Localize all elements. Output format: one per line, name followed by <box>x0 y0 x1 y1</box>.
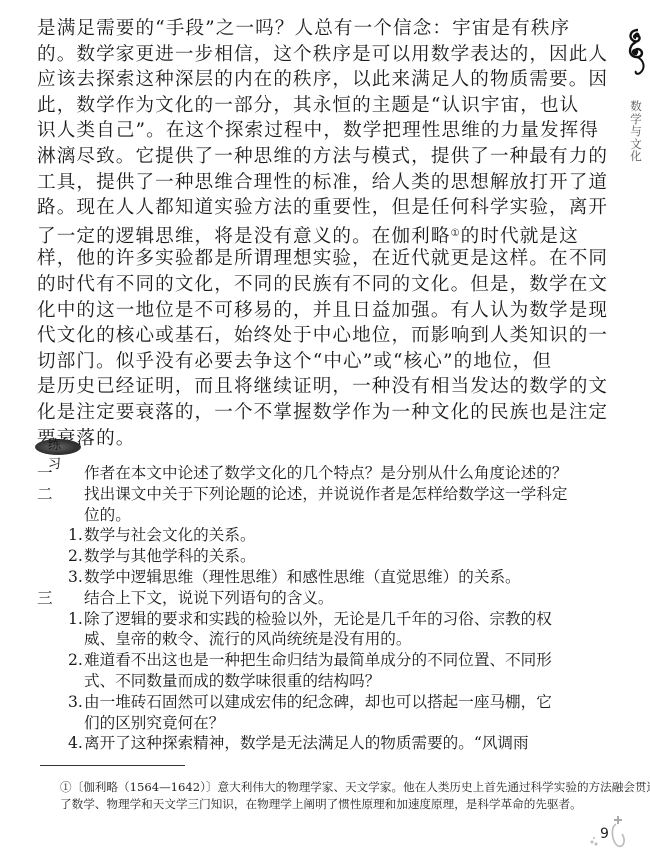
paragraph-line-part: 的时代就是这 <box>461 226 579 247</box>
exercise-text: 找出课文中关于下列论题的论述，并说说作者是怎样给数学这一学科定 <box>84 484 567 505</box>
paragraph-line: 是满足需要的“手段”之一吗？人总有一个信念：宇宙是有秩序 <box>37 16 457 42</box>
subitem-text: 难道看不出这也是一种把生命归结为最简单成分的不同位置、不同形 <box>84 650 552 671</box>
subitem-text: 们的区别究竟何在？ <box>84 713 224 734</box>
paragraph-line: 的时代有不同的文化，不同的民族有不同的文化。但是，数学在文 <box>37 272 457 298</box>
paragraph-line-part: 了一定的逻辑思维，将是没有意义的。在伽利略 <box>37 226 451 247</box>
footnote-divider <box>40 765 185 766</box>
exercise-item: 一 作者在本文中论述了数学文化的几个特点？是分别从什么角度论述的？ <box>37 463 467 484</box>
exercise-subitem: 1. 除了逻辑的要求和实践的检验以外，无论是几千年的习俗、宗教的权 <box>37 609 467 630</box>
paragraph-line: 代文化的核心或基石，始终处于中心地位，而影响到人类知识的一 <box>37 323 457 349</box>
subitem-text: 式、不同数量而成的数学味很重的结构吗？ <box>84 671 380 692</box>
subitem-number: 1. <box>68 525 83 546</box>
section-title-vertical: 数 学 与 文 化 <box>629 100 643 163</box>
paragraph-line: 应该去探索这种深层的内在的秩序，以此来满足人的物质需要。因 <box>37 67 457 93</box>
subitem-text: 除了逻辑的要求和实践的检验以外，无论是几千年的习俗、宗教的权 <box>84 609 552 630</box>
subitem-text: 数学中逻辑思维（理性思维）和感性思维（直觉思维）的关系。 <box>84 567 521 588</box>
exercise-text: 作者在本文中论述了数学文化的几个特点？是分别从什么角度论述的？ <box>84 463 567 484</box>
footnote-line: 了数学、物理学和天文学三门知识，在物理学上阐明了惯性原理和加速度原理，是科学革命… <box>60 796 620 813</box>
subitem-text: 由一堆砖石固然可以建成宏伟的纪念碑，却也可以搭起一座马棚，它 <box>84 692 552 713</box>
exercise-list: 一 作者在本文中论述了数学文化的几个特点？是分别从什么角度论述的？ 二 找出课文… <box>37 463 467 754</box>
paragraph-line: 了一定的逻辑思维，将是没有意义的。在伽利略①的时代就是这 <box>37 221 457 247</box>
paragraph-line: 化中的这一地位是不可移易的，并且日益加强。有人认为数学是现 <box>37 298 457 324</box>
subitem-text: 数学与其他学科的关系。 <box>84 546 256 567</box>
floral-decoration-icon <box>588 812 638 852</box>
paragraph-line: 淋漓尽致。它提供了一种思维的方法与模式，提供了一种最有力的 <box>37 144 457 170</box>
footnote: ①〔伽利略（1564—1642）〕意大利伟大的物理学家、天文学家。他在人类历史上… <box>60 779 620 813</box>
subitem-number: 3. <box>68 692 83 713</box>
subitem-number: 2. <box>68 650 83 671</box>
exercise-subitem: 4. 离开了这种探索精神，数学是无法满足人的物质需要的。“风调雨 <box>37 733 467 754</box>
exercise-number: 二 <box>37 484 53 505</box>
exercise-subitem: 1. 数学与社会文化的关系。 <box>37 525 467 546</box>
exercise-item: 二 找出课文中关于下列论题的论述，并说说作者是怎样给数学这一学科定 <box>37 484 467 505</box>
section-title-char: 与 <box>629 125 643 138</box>
subitem-text: 威、皇帝的敕令、流行的风尚统统是没有用的。 <box>84 629 411 650</box>
scroll-ornament-icon <box>624 26 650 76</box>
exercise-text-continuation: 位的。 <box>37 505 467 526</box>
exercise-badge: 练习 <box>35 434 81 456</box>
page-number: 9 <box>600 826 609 842</box>
paragraph-line: 样，他的许多实验都是所谓理想实验，在近代就更是这样。在不同 <box>37 246 457 272</box>
subitem-continuation: 们的区别究竟何在？ <box>37 713 467 734</box>
paragraph-line: 的。数学家更进一步相信，这个秩序是可以用数学表达的，因此人 <box>37 42 457 68</box>
paragraph-line: 路。现在人人都知道实验方法的重要性，但是任何科学实验，离开 <box>37 195 457 221</box>
footnote-line: ①〔伽利略（1564—1642）〕意大利伟大的物理学家、天文学家。他在人类历史上… <box>60 779 620 796</box>
paragraph-line: 是历史已经证明，而且将继续证明，一种没有相当发达的数学的文 <box>37 374 457 400</box>
section-title-char: 化 <box>629 150 643 163</box>
main-paragraph: 是满足需要的“手段”之一吗？人总有一个信念：宇宙是有秩序 的。数学家更进一步相信… <box>37 16 457 451</box>
paragraph-line: 切部门。似乎没有必要去争这个“中心”或“核心”的地位，但 <box>37 349 457 375</box>
exercise-number: 三 <box>37 588 53 609</box>
exercise-item: 三 结合上下文，说说下列语句的含义。 <box>37 588 467 609</box>
subitem-number: 3. <box>68 567 83 588</box>
exercise-subitem: 3. 由一堆砖石固然可以建成宏伟的纪念碑，却也可以搭起一座马棚，它 <box>37 692 467 713</box>
footnote-ref-link[interactable]: ① <box>451 228 461 239</box>
subitem-text: 数学与社会文化的关系。 <box>84 525 256 546</box>
subitem-continuation: 威、皇帝的敕令、流行的风尚统统是没有用的。 <box>37 629 467 650</box>
section-title-char: 数 <box>629 100 643 113</box>
subitem-text: 离开了这种探索精神，数学是无法满足人的物质需要的。“风调雨 <box>84 733 529 754</box>
paragraph-line: 识人类自己”。在这个探索过程中，数学把理性思维的力量发挥得 <box>37 118 457 144</box>
paragraph-line: 要衰落的。 <box>37 426 457 452</box>
paragraph-line: 化是注定要衰落的，一个不掌握数学作为一种文化的民族也是注定 <box>37 400 457 426</box>
subitem-continuation: 式、不同数量而成的数学味很重的结构吗？ <box>37 671 467 692</box>
subitem-number: 1. <box>68 609 83 630</box>
paragraph-line: 工具，提供了一种思维合理性的标准，给人类的思想解放打开了道 <box>37 170 457 196</box>
subitem-number: 2. <box>68 546 83 567</box>
exercise-subitem: 2. 难道看不出这也是一种把生命归结为最简单成分的不同位置、不同形 <box>37 650 467 671</box>
page-number-area: 9 <box>588 812 638 852</box>
exercise-subitem: 2. 数学与其他学科的关系。 <box>37 546 467 567</box>
exercise-subitem: 3. 数学中逻辑思维（理性思维）和感性思维（直觉思维）的关系。 <box>37 567 467 588</box>
paragraph-line: 此，数学作为文化的一部分，其永恒的主题是“认识宇宙，也认 <box>37 93 457 119</box>
subitem-number: 4. <box>68 733 83 754</box>
exercise-text: 结合上下文，说说下列语句的含义。 <box>84 588 334 609</box>
exercise-number: 一 <box>37 463 53 484</box>
exercise-text: 位的。 <box>84 505 131 526</box>
